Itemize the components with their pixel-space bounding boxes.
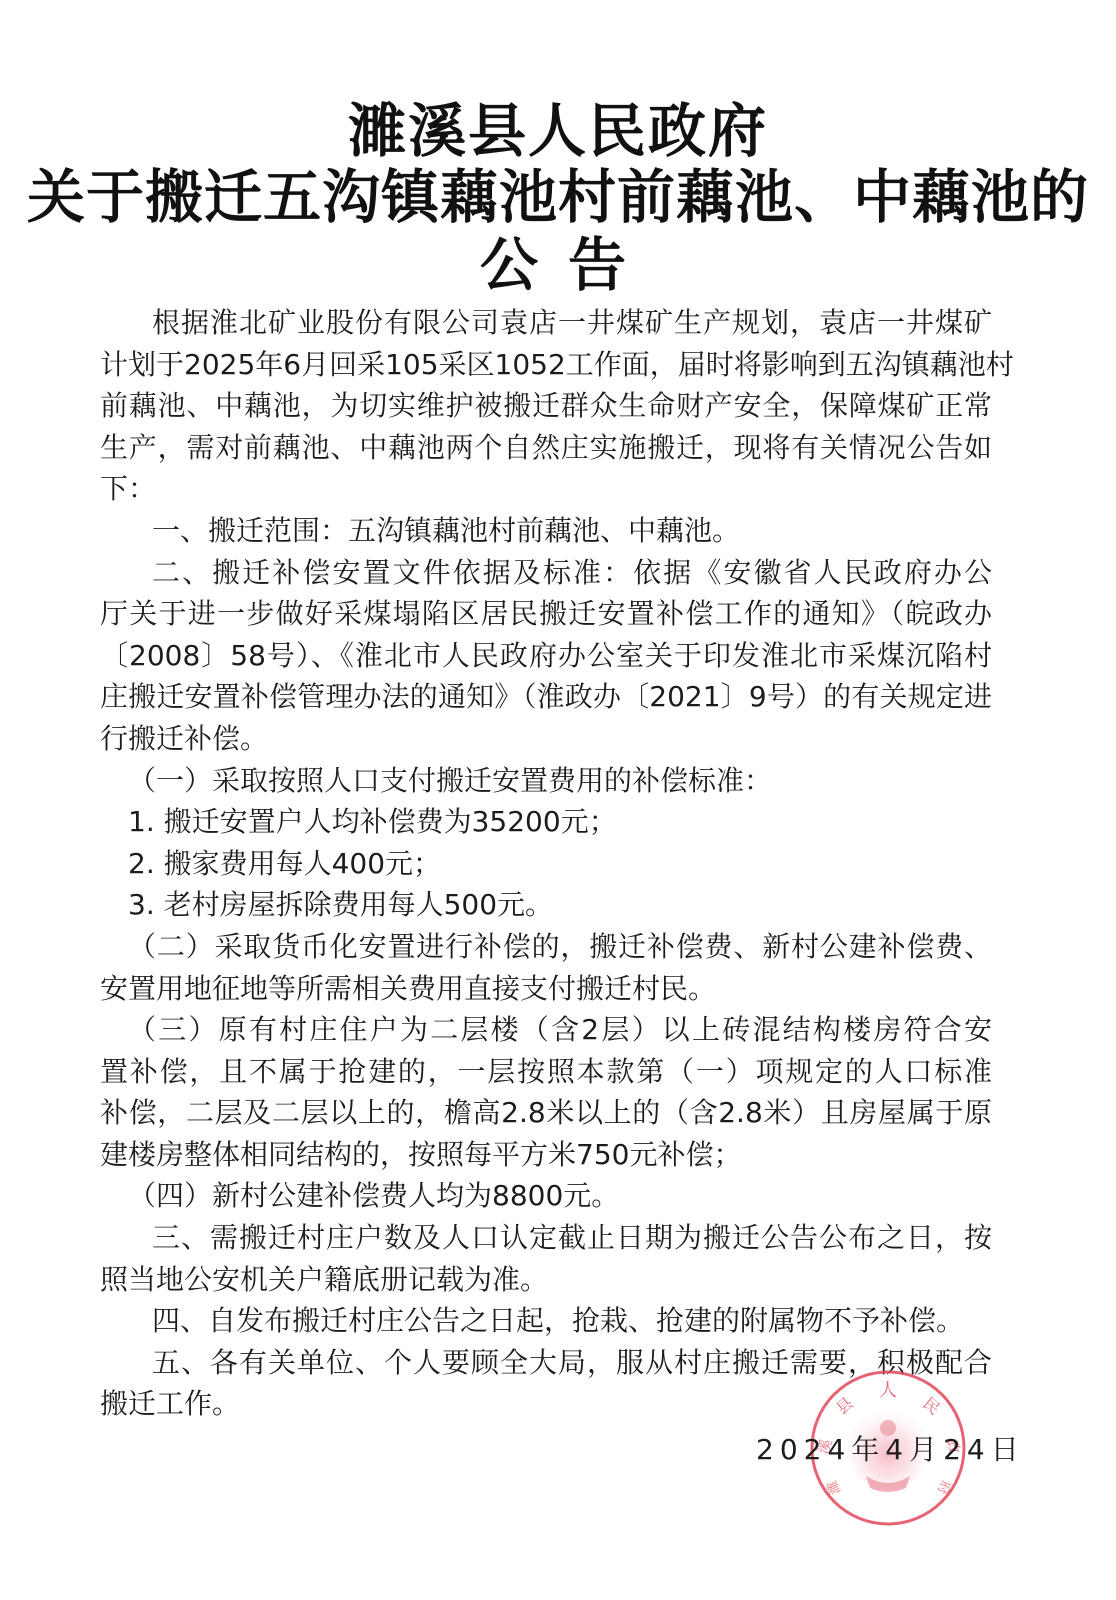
section-2-basis-line: 行搬迁补偿。 [100,718,992,760]
section-4-line: 四、自发布搬迁村庄公告之日起，抢栽、抢建的附属物不予补偿。 [100,1300,992,1342]
paragraph-intro-line: 前藕池、中藕池，为切实维护被搬迁群众生命财产安全，保障煤矿正常 [100,385,992,427]
subsection-2-line: （二）采取货币化安置进行补偿的，搬迁补偿费、新村公建补偿费、 [100,926,992,968]
subsection-4-line: （四）新村公建补偿费人均为8800元。 [100,1175,992,1217]
subsection-3-line: （三）原有村庄住户为二层楼（含2层）以上砖混结构楼房符合安 [100,1009,992,1051]
section-2-basis-line: 〔2008〕58号）、《淮北市人民政府办公室关于印发淮北市采煤沉陷村 [100,635,992,677]
issue-date: 2024年4月24日 [756,1428,1025,1468]
section-2-basis-line: 厅关于进一步做好采煤塌陷区居民搬迁安置补偿工作的通知》（皖政办 [100,593,992,635]
paragraph-intro-line: 下： [100,468,992,510]
item-3-demolition-fee: 3. 老村房屋拆除费用每人500元。 [100,884,992,926]
subsection-3-line: 建楼房整体相同结构的，按照每平方米750元补偿； [100,1134,992,1176]
notice-label-title: 公告 [0,218,1116,302]
item-1-resettlement-fee: 1. 搬迁安置户人均补偿费为35200元； [100,801,992,843]
subsection-1-heading: （一）采取按照人口支付搬迁安置费用的补偿标准： [100,760,992,802]
subsection-3-line: 置补偿，且不属于抢建的，一层按照本款第（一）项规定的人口标准 [100,1051,992,1093]
paragraph-intro-line: 根据淮北矿业股份有限公司袁店一井煤矿生产规划，袁店一井煤矿 [100,302,992,344]
paragraph-intro-line: 计划于2025年6月回采105采区1052工作面，届时将影响到五沟镇藕池村 [100,344,992,386]
svg-text:人: 人 [879,1380,897,1401]
subsection-2-line: 安置用地征地等所需相关费用直接支付搬迁村民。 [100,968,992,1010]
section-2-basis-line: 二、搬迁补偿安置文件依据及标准：依据《安徽省人民政府办公 [100,552,992,594]
paragraph-intro-line: 生产，需对前藕池、中藕池两个自然庄实施搬迁，现将有关情况公告如 [100,427,992,469]
notice-body: 根据淮北矿业股份有限公司袁店一井煤矿生产规划，袁店一井煤矿 计划于2025年6月… [100,302,992,1425]
section-1-scope: 一、搬迁范围：五沟镇藕池村前藕池、中藕池。 [100,510,992,552]
svg-text:民: 民 [919,1393,943,1418]
section-2-basis-line: 庄搬迁安置补偿管理办法的通知》（淮政办〔2021〕9号）的有关规定进 [100,676,992,718]
svg-text:濉: 濉 [824,1478,844,1497]
section-3-line: 照当地公安机关户籍底册记载为准。 [100,1259,992,1301]
section-3-line: 三、需搬迁村庄户数及人口认定截止日期为搬迁公告公布之日，按 [100,1217,992,1259]
item-2-moving-fee: 2. 搬家费用每人400元； [100,843,992,885]
svg-text:县: 县 [832,1393,856,1418]
svg-text:府: 府 [934,1478,954,1497]
subsection-3-line: 补偿，二层及二层以上的，檐高2.8米以上的（含2.8米）且房屋属于原 [100,1092,992,1134]
